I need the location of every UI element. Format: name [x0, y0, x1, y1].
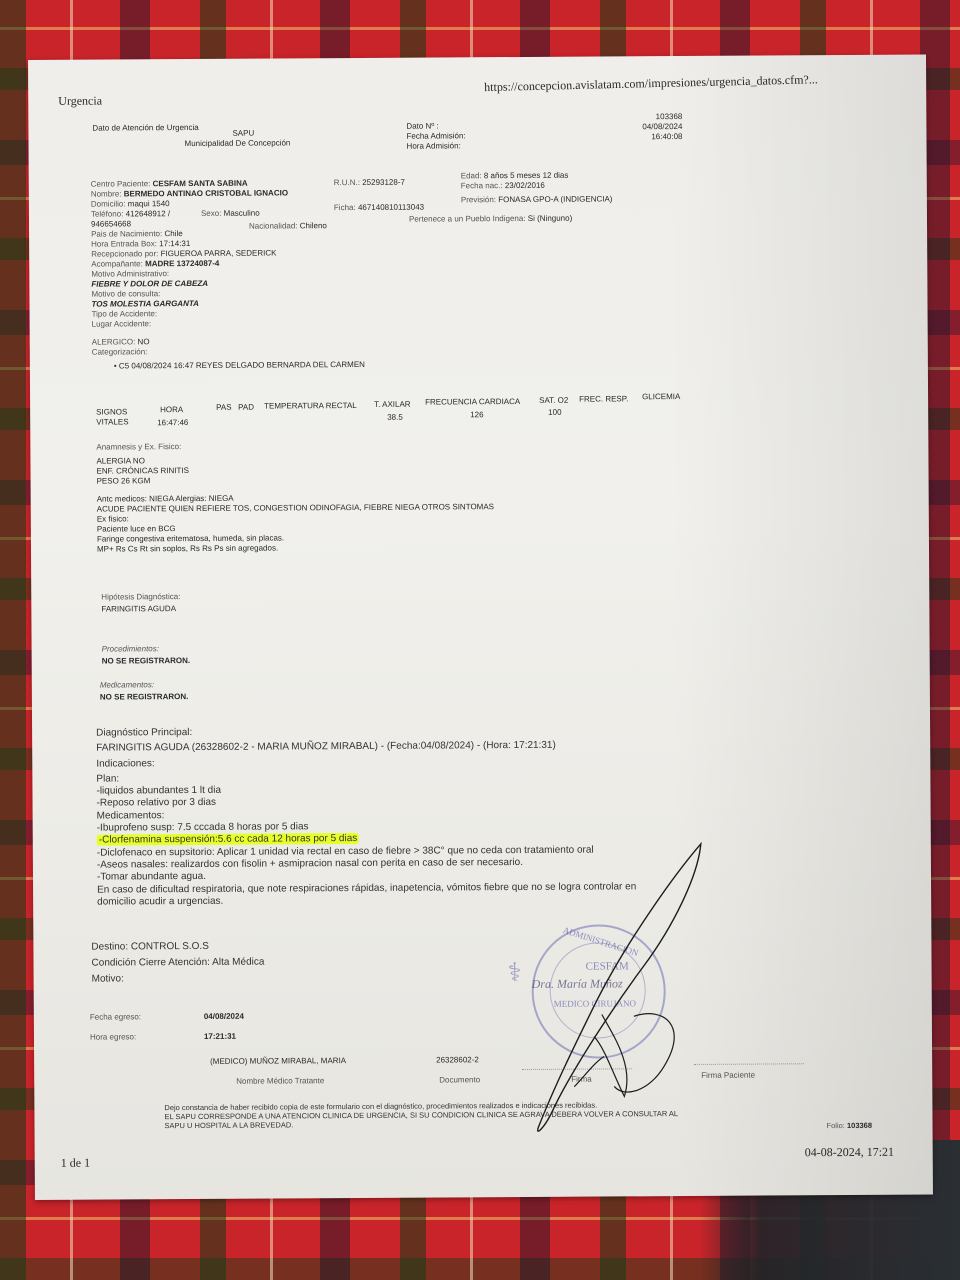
- print-url: https://concepcion.avislatam.com/impresi…: [484, 72, 818, 95]
- acompanante-value: MADRE 13724087-4: [145, 259, 219, 268]
- hora-admision-label: Hora Admisión:: [407, 141, 466, 151]
- domicilio-value: maqui 1540: [128, 199, 170, 208]
- anamnesis-section: Anamnesis y Ex. Fisico: ALERGIA NO ENF. …: [96, 440, 494, 554]
- hora-box-value: 17:14:31: [159, 239, 190, 248]
- medication-item-highlighted: -Clorfenamina suspensión:5.6 cc cada 12 …: [97, 833, 360, 846]
- vitals-row-label: SIGNOSVITALES: [96, 407, 128, 427]
- ficha-field: Ficha: 467140810113043: [334, 203, 424, 213]
- vitals-header-pas: PAS: [216, 403, 231, 412]
- vital-signs-table: SIGNOSVITALES HORA PAS PAD TEMPERATURA R…: [30, 384, 730, 428]
- firma-label: Firma: [571, 1075, 592, 1084]
- fecha-admision-label: Fecha Admisión:: [406, 131, 465, 141]
- telefono-value: 412648912 /: [126, 209, 171, 218]
- firma-paciente-label: Firma Paciente: [701, 1071, 755, 1080]
- medico-tratante-value: (MEDICO) MUÑOZ MIRABAL, MARIA: [210, 1056, 346, 1066]
- destino-value: CONTROL S.O.S: [131, 941, 209, 952]
- vitals-header-hora: HORA: [160, 405, 183, 414]
- fecha-egreso-value: 04/08/2024: [204, 1007, 244, 1027]
- admission-labels: Dato Nº : Fecha Admisión: Hora Admisión:: [406, 121, 465, 151]
- vitals-header-frec-cardiaca: FRECUENCIA CARDIACA: [425, 397, 520, 407]
- hipotesis-section: Hipótesis Diagnóstica: FARINGITIS AGUDA: [101, 591, 180, 615]
- patient-block-right: Edad: 8 años 5 meses 12 dias Fecha nac.:…: [461, 170, 613, 205]
- print-timestamp: 04-08-2024, 17:21: [805, 1145, 894, 1161]
- edad-value: 8 años 5 meses 12 dias: [484, 171, 569, 181]
- procedimientos-value: NO SE REGISTRARON.: [102, 655, 191, 668]
- alergico-value: NO: [138, 337, 150, 346]
- categorizacion-item: • C5 04/08/2024 16:47 REYES DELGADO BERN…: [92, 360, 365, 372]
- medicamentos-box-section: Medicamentos: NO SE REGISTRARON.: [100, 679, 189, 704]
- diagnostico-value: FARINGITIS AGUDA (26328602-2 - MARIA MUÑ…: [96, 740, 635, 756]
- nombre-value: BERMEDO ANTINAO CRISTOBAL IGNACIO: [124, 188, 288, 198]
- org-line2: Municipalidad De Concepción: [184, 138, 290, 148]
- hora-admision-value: 16:40:08: [632, 132, 682, 142]
- vitals-header-temp-rectal: TEMPERATURA RECTAL: [264, 401, 357, 411]
- documento-label: Documento: [439, 1075, 480, 1084]
- egreso-values: 04/08/2024 17:21:31: [204, 1007, 244, 1047]
- printed-document: Urgencia https://concepcion.avislatam.co…: [28, 55, 933, 1200]
- centro-value: CESFAM SANTA SABINA: [153, 179, 248, 189]
- vitals-header-frec-resp: FREC. RESP.: [579, 394, 628, 403]
- procedimientos-section: Procedimientos: NO SE REGISTRARON.: [102, 643, 191, 668]
- vitals-sat-o2-value: 100: [548, 408, 561, 417]
- fecha-nac-value: 23/02/2016: [505, 181, 545, 190]
- footer-disclaimer: Dejo constancia de haber recibido copia …: [164, 1100, 678, 1130]
- firma-line: [522, 1068, 632, 1070]
- sexo-field: Sexo: Masculino: [201, 209, 260, 218]
- admission-values: 103368 04/08/2024 16:40:08: [632, 112, 682, 142]
- section-title: Dato de Atención de Urgencia: [92, 123, 198, 133]
- vitals-frec-cardiaca-value: 126: [470, 410, 483, 419]
- fecha-admision-value: 04/08/2024: [632, 122, 682, 132]
- dato-label: Dato Nº :: [406, 121, 465, 131]
- run-field: R.U.N.: 25293128-7: [334, 178, 405, 187]
- prevision-value: FONASA GPO-A (INDIGENCIA): [498, 194, 612, 204]
- medico-tratante-label: Nombre Médico Tratante: [236, 1076, 324, 1086]
- recepcionado-value: FIGUEROA PARRA, SEDERICK: [161, 248, 277, 258]
- vitals-header-sat-o2: SAT. O2: [539, 396, 568, 405]
- nacionalidad-field: Nacionalidad: Chileno: [249, 221, 327, 230]
- caduceus-icon: ⚕: [507, 957, 521, 988]
- patient-block-left: Centro Paciente: CESFAM SANTA SABINA Nom…: [91, 178, 365, 372]
- doc-title: Urgencia: [58, 94, 102, 109]
- folio: Folio: 103368: [826, 1121, 872, 1130]
- cierre-section: Destino: CONTROL S.O.S Condición Cierre …: [91, 939, 264, 988]
- firma-paciente-line: [694, 1063, 804, 1065]
- hora-egreso-value: 17:21:31: [204, 1027, 244, 1047]
- pais-value: Chile: [164, 229, 182, 238]
- hipotesis-value: FARINGITIS AGUDA: [101, 603, 180, 615]
- dato-value: 103368: [632, 112, 682, 122]
- vitals-hora-value: 16:47:46: [157, 418, 188, 427]
- medicamentos-box-value: NO SE REGISTRARON.: [100, 691, 189, 704]
- vitals-t-axilar-value: 38.5: [387, 413, 403, 422]
- page-indicator: 1 de 1: [61, 1156, 90, 1171]
- vitals-header-pad: PAD: [238, 403, 254, 412]
- vitals-header-t-axilar: T. AXILAR: [374, 400, 411, 409]
- documento-value: 26328602-2: [436, 1055, 479, 1064]
- medical-stamp: ADMINISTRACION CESFAM Dra. María Muñoz M…: [531, 924, 666, 1059]
- org-line1: SAPU: [232, 129, 254, 138]
- diagnostico-label: Diagnóstico Principal:: [96, 724, 635, 740]
- egreso-labels: Fecha egreso: Hora egreso:: [90, 1007, 141, 1047]
- vitals-header-glicemia: GLICEMIA: [642, 392, 680, 401]
- pueblo-field: Pertenece a un Pueblo Indigena: Si (Ning…: [409, 214, 572, 224]
- diagnostico-section: Diagnóstico Principal: FARINGITIS AGUDA …: [96, 724, 636, 908]
- condicion-value: Alta Médica: [212, 957, 264, 968]
- warning-text: domicilio acudir a urgencias.: [97, 893, 636, 909]
